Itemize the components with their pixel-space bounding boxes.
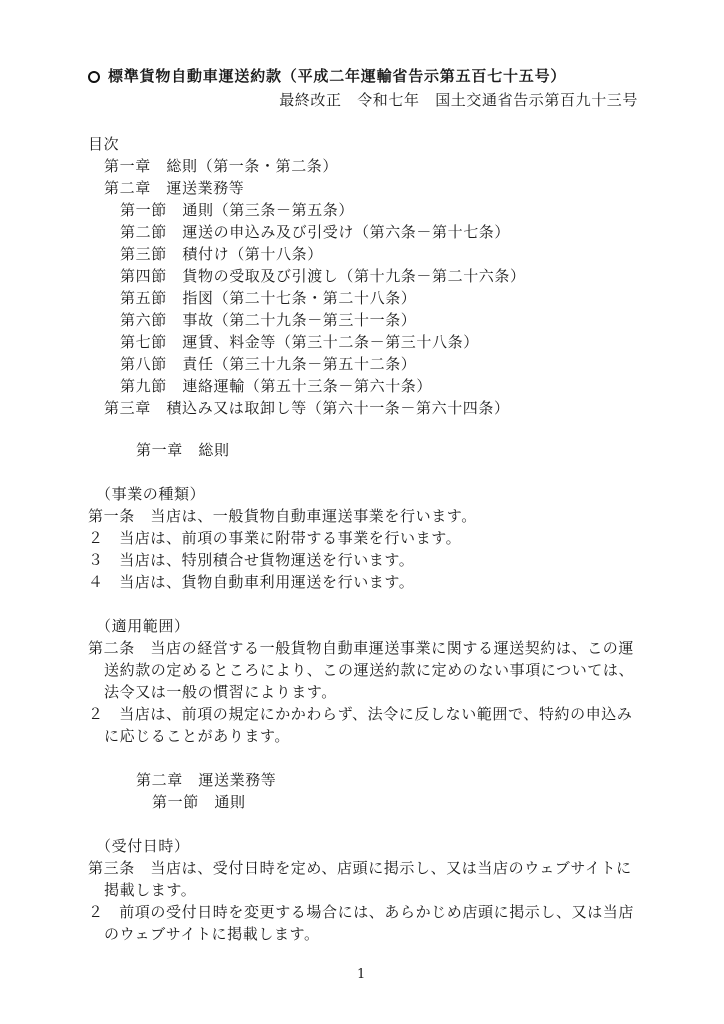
- article-line: 送約款の定めるところにより、この運送約款に定めのない事項については、: [104, 659, 634, 681]
- toc-item: 第五節 指図（第二十七条・第二十八条）: [120, 287, 416, 309]
- toc-item: 第六節 事故（第二十九条－第三十一条）: [120, 309, 416, 331]
- article-line: 第三条 当店は、受付日時を定め、店頭に掲示し、又は当店のウェブサイトに: [88, 857, 632, 879]
- chapter-heading: 第二章 運送業務等: [136, 769, 276, 791]
- article-caption: （受付日時）: [96, 835, 190, 857]
- chapter-heading: 第一章 総則: [136, 439, 230, 461]
- article-line: 第二条 当店の経営する一般貨物自動車運送事業に関する運送契約は、この運: [88, 637, 634, 659]
- toc-item: 第一節 通則（第三条－第五条）: [120, 199, 354, 221]
- section-heading: 第一節 通則: [152, 791, 246, 813]
- article-line: ４ 当店は、貨物自動車利用運送を行います。: [88, 571, 414, 593]
- toc-item: 第一章 総則（第一条・第二条）: [104, 155, 338, 177]
- document-page: 標準貨物自動車運送約款（平成二年運輸省告示第五百七十五号） 最終改正 令和七年 …: [0, 0, 724, 1024]
- article-caption: （事業の種類）: [96, 483, 205, 505]
- circle-bullet-icon: [88, 71, 100, 83]
- revision-note: 最終改正 令和七年 国土交通省告示第百九十三号: [279, 89, 638, 111]
- article-line: ３ 当店は、特別積合せ貨物運送を行います。: [88, 549, 414, 571]
- toc-item: 第三章 積込み又は取卸し等（第六十一条－第六十四条）: [104, 397, 510, 419]
- article-line: ２ 前項の受付日時を変更する場合には、あらかじめ店頭に掲示し、又は当店: [88, 901, 634, 923]
- article-line: のウェブサイトに掲載します。: [104, 923, 320, 945]
- toc-item: 第三節 積付け（第十八条）: [120, 243, 323, 265]
- toc-item: 第四節 貨物の受取及び引渡し（第十九条－第二十六条）: [120, 265, 526, 287]
- toc-item: 第二章 運送業務等: [104, 177, 244, 199]
- toc-item: 第八節 責任（第三十九条－第五十二条）: [120, 353, 416, 375]
- toc-heading: 目次: [88, 133, 119, 155]
- document-title: 標準貨物自動車運送約款（平成二年運輸省告示第五百七十五号）: [88, 65, 566, 87]
- article-line: に応じることがあります。: [104, 725, 290, 747]
- toc-item: 第七節 運賃、料金等（第三十二条－第三十八条）: [120, 331, 479, 353]
- toc-item: 第九節 連絡運輸（第五十三条－第六十条）: [120, 375, 432, 397]
- article-line: 掲載します。: [104, 879, 196, 901]
- toc-item: 第二節 運送の申込み及び引受け（第六条－第十七条）: [120, 221, 510, 243]
- page-number: 1: [357, 964, 366, 986]
- article-line: 第一条 当店は、一般貨物自動車運送事業を行います。: [88, 505, 477, 527]
- article-line: 法令又は一般の慣習によります。: [104, 681, 337, 703]
- article-line: ２ 当店は、前項の規定にかかわらず、法令に反しない範囲で、特約の申込み: [88, 703, 633, 725]
- article-caption: （適用範囲）: [96, 615, 190, 637]
- article-line: ２ 当店は、前項の事業に附帯する事業を行います。: [88, 527, 461, 549]
